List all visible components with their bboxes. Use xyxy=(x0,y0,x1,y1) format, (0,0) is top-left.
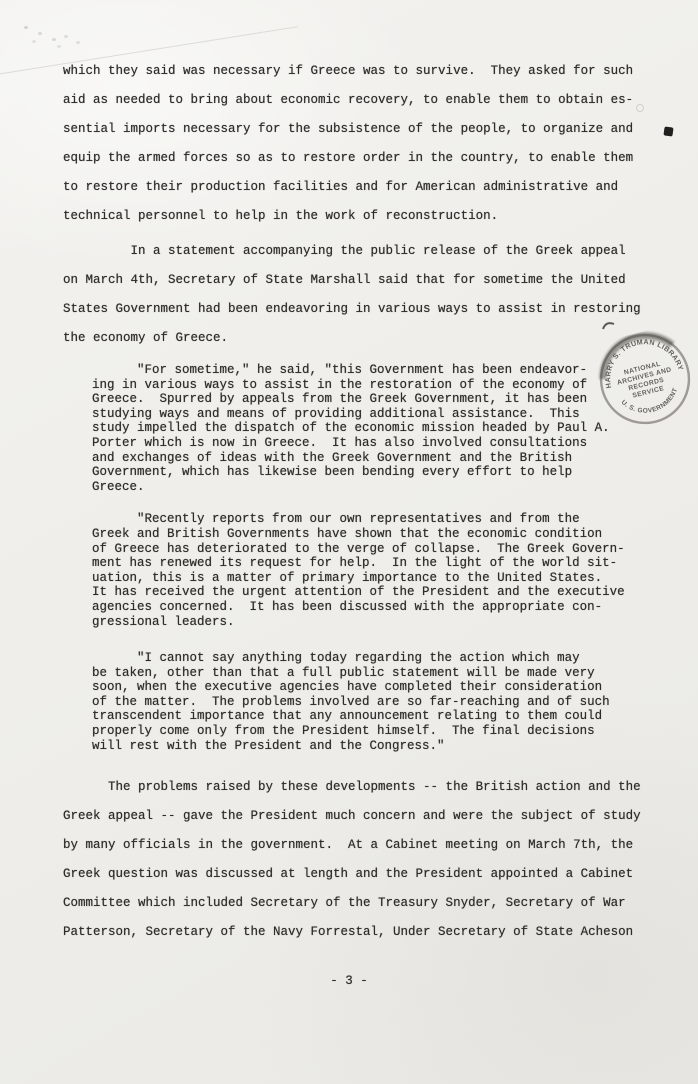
text-line: be taken, other than that a full public … xyxy=(92,666,670,681)
text-line: on March 4th, Secretary of State Marshal… xyxy=(63,266,670,295)
text-line: States Government had been endeavoring i… xyxy=(63,295,670,324)
text-line: uation, this is a matter of primary impo… xyxy=(92,571,670,586)
text-line: Porter which is now in Greece. It has al… xyxy=(92,436,670,451)
text-line: Greek question was discussed at length a… xyxy=(63,860,670,889)
text-line: ing in various ways to assist in the res… xyxy=(92,378,670,393)
text-line: Patterson, Secretary of the Navy Forrest… xyxy=(63,918,670,947)
pen-mark xyxy=(602,320,616,332)
text-line: Greece. Spurred by appeals from the Gree… xyxy=(92,392,670,407)
text-line: of Greece has deteriorated to the verge … xyxy=(92,542,670,557)
paragraph-cabinet-committee: The problems raised by these development… xyxy=(63,773,670,947)
text-line: to restore their production facilities a… xyxy=(63,173,670,202)
blockquote-for-sometime: "For sometime," he said, "this Governmen… xyxy=(92,363,670,494)
text-line: by many officials in the government. At … xyxy=(63,831,670,860)
text-line: and exchanges of ideas with the Greek Go… xyxy=(92,451,670,466)
text-line: properly come only from the President hi… xyxy=(92,724,670,739)
text-line: the economy of Greece. xyxy=(63,324,670,353)
text-line: technical personnel to help in the work … xyxy=(63,202,670,231)
blockquote-recently-reports: "Recently reports from our own represent… xyxy=(92,512,670,629)
text-line: agencies concerned. It has been discusse… xyxy=(92,600,670,615)
paragraph-marshall-statement: In a statement accompanying the public r… xyxy=(63,237,670,353)
text-line: of the matter. The problems involved are… xyxy=(92,695,670,710)
text-line: soon, when the executive agencies have c… xyxy=(92,680,670,695)
text-line: ment has renewed its request for help. I… xyxy=(92,556,670,571)
text-line: will rest with the President and the Con… xyxy=(92,739,670,754)
text-line: It has received the urgent attention of … xyxy=(92,585,670,600)
text-line: gressional leaders. xyxy=(92,615,670,630)
text-line: equip the armed forces so as to restore … xyxy=(63,144,670,173)
text-line: Greece. xyxy=(92,480,670,495)
text-line: sential imports necessary for the subsis… xyxy=(63,115,670,144)
text-line: transcendent importance that any announc… xyxy=(92,709,670,724)
text-line: "For sometime," he said, "this Governmen… xyxy=(92,363,670,378)
pencil-smudge xyxy=(24,26,28,29)
text-line: which they said was necessary if Greece … xyxy=(63,57,670,86)
text-line: In a statement accompanying the public r… xyxy=(63,237,670,266)
text-line: The problems raised by these development… xyxy=(63,773,670,802)
text-line: Greek and British Governments have shown… xyxy=(92,527,670,542)
text-line: "Recently reports from our own represent… xyxy=(92,512,670,527)
text-line: aid as needed to bring about economic re… xyxy=(63,86,670,115)
blockquote-cannot-say: "I cannot say anything today regarding t… xyxy=(92,651,670,753)
text-line: Government, which has likewise been bend… xyxy=(92,465,670,480)
typewritten-text: which they said was necessary if Greece … xyxy=(63,57,670,947)
scanned-document-page: which they said was necessary if Greece … xyxy=(0,0,698,1084)
text-line: "I cannot say anything today regarding t… xyxy=(92,651,670,666)
text-line: Greek appeal -- gave the President much … xyxy=(63,802,670,831)
text-line: study impelled the dispatch of the econo… xyxy=(92,421,670,436)
paragraph-greek-aid-request: which they said was necessary if Greece … xyxy=(63,57,670,231)
text-line: Committee which included Secretary of th… xyxy=(63,889,670,918)
page-number: - 3 - xyxy=(0,974,698,988)
text-line: studying ways and means of providing add… xyxy=(92,407,670,422)
